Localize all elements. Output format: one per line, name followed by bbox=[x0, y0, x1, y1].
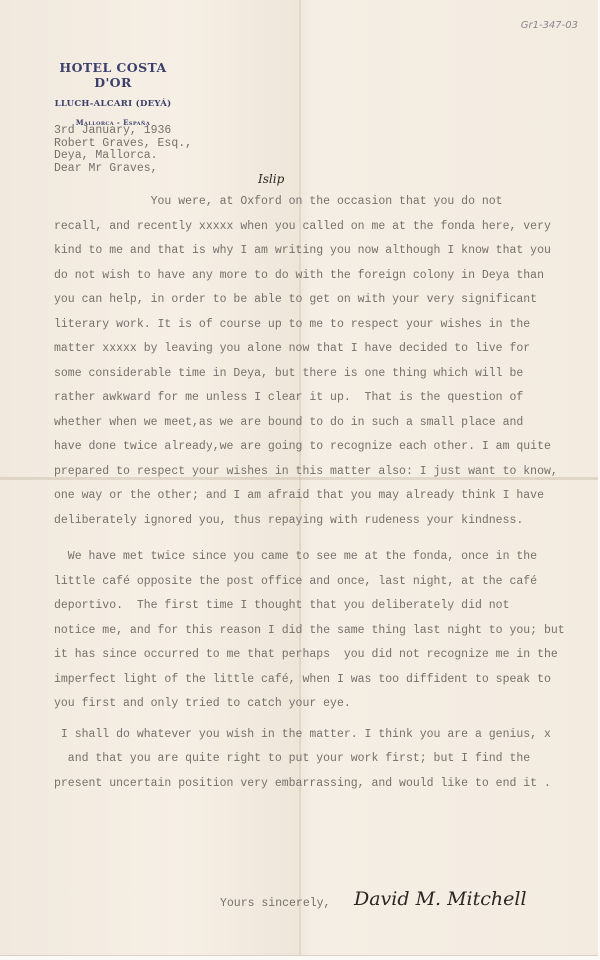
letterhead: HOTEL COSTA D'OR LLUCH-ALCARI (DEYÁ) Mal… bbox=[48, 60, 178, 127]
body-line: little café opposite the post office and… bbox=[54, 570, 554, 595]
body-line: notice me, and for this reason I did the… bbox=[54, 619, 554, 644]
body-line: and that you are quite right to put your… bbox=[54, 747, 554, 772]
handwritten-insert: Islip bbox=[258, 172, 284, 186]
body-line: one way or the other; and I am afraid th… bbox=[54, 484, 554, 509]
body-line: You were, at Oxford on the occasion that… bbox=[54, 190, 554, 215]
body-line: deliberately ignored you, thus repaying … bbox=[54, 509, 554, 534]
body-line: do not wish to have any more to do with … bbox=[54, 264, 554, 289]
body-line: literary work. It is of course up to me … bbox=[54, 313, 554, 338]
recipient-location: Deya, Mallorca. bbox=[54, 150, 192, 163]
archive-reference: Gr1-347-03 bbox=[521, 20, 578, 31]
body-line: you first and only tried to catch your e… bbox=[54, 692, 554, 717]
closing: Yours sincerely, bbox=[220, 897, 330, 910]
letter-body: You were, at Oxford on the occasion that… bbox=[54, 190, 554, 796]
body-line: whether when we meet,as we are bound to … bbox=[54, 411, 554, 436]
body-line: rather awkward for me unless I clear it … bbox=[54, 386, 554, 411]
body-line: recall, and recently xxxxx when you call… bbox=[54, 215, 554, 240]
body-line: have done twice already,we are going to … bbox=[54, 435, 554, 460]
body-line: I shall do whatever you wish in the matt… bbox=[54, 723, 554, 748]
body-line: you can help, in order to be able to get… bbox=[54, 288, 554, 313]
salutation: Dear Mr Graves, bbox=[54, 163, 192, 176]
signature: David M. Mitchell bbox=[354, 888, 527, 910]
body-line: kind to me and that is why I am writing … bbox=[54, 239, 554, 264]
letter-date: 3rd January, 1936 bbox=[54, 125, 192, 138]
body-line: prepared to respect your wishes in this … bbox=[54, 460, 554, 485]
body-line: present uncertain position very embarras… bbox=[54, 772, 554, 797]
hotel-name: HOTEL COSTA D'OR bbox=[48, 60, 178, 90]
body-line: matter xxxxx by leaving you alone now th… bbox=[54, 337, 554, 362]
body-line: it has since occurred to me that perhaps… bbox=[54, 643, 554, 668]
body-line: deportivo. The first time I thought that… bbox=[54, 594, 554, 619]
body-line: imperfect light of the little café, when… bbox=[54, 668, 554, 693]
address-block: 3rd January, 1936 Robert Graves, Esq., D… bbox=[54, 125, 192, 175]
body-line: We have met twice since you came to see … bbox=[54, 545, 554, 570]
hotel-place: LLUCH-ALCARI (DEYÁ) bbox=[48, 99, 178, 109]
body-line: some considerable time in Deya, but ther… bbox=[54, 362, 554, 387]
